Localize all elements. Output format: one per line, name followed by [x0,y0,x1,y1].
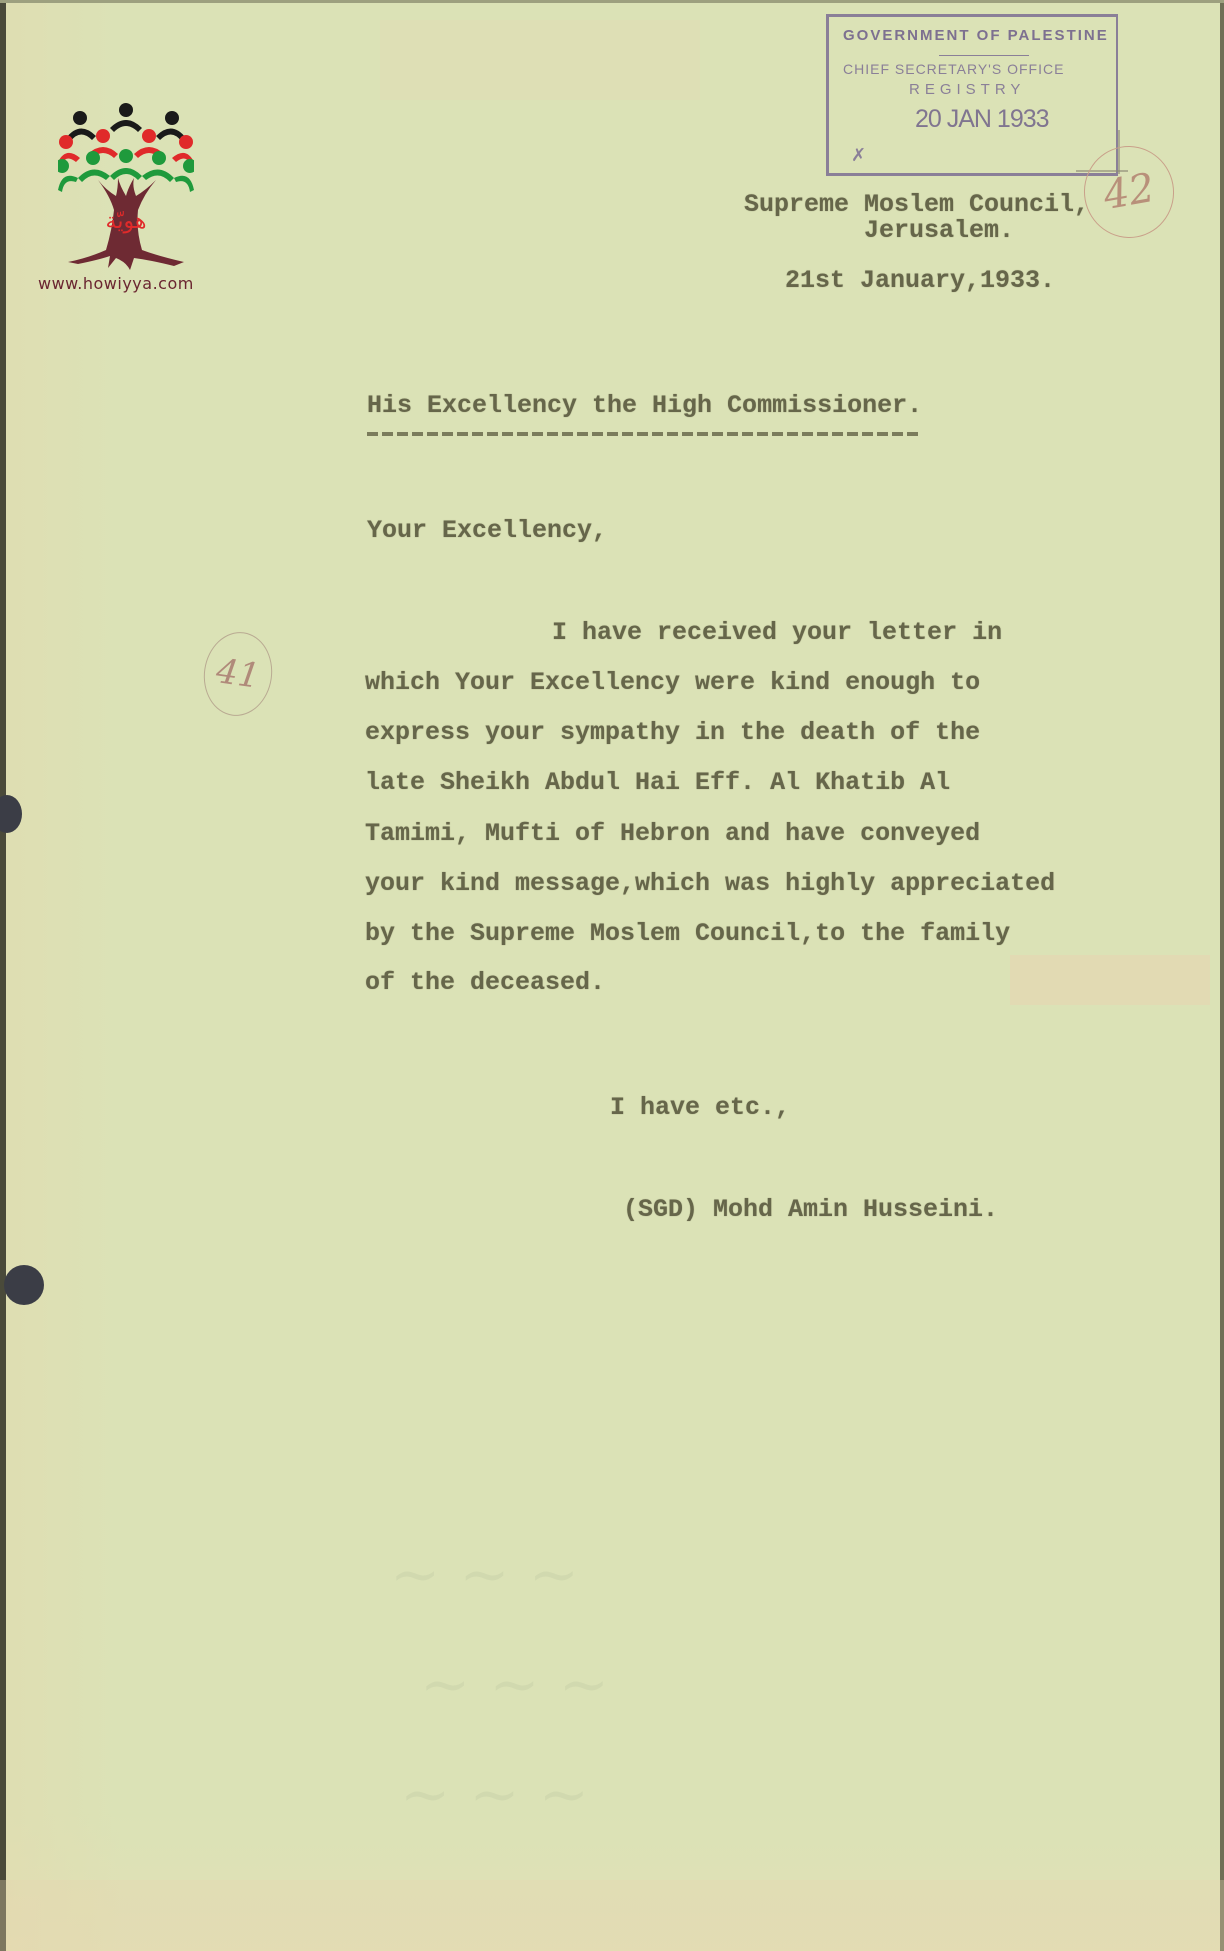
body-line: express your sympathy in the death of th… [365,720,980,745]
body-line: Tamimi, Mufti of Hebron and have conveye… [365,821,980,846]
howiyya-logo: هويّة [58,100,194,272]
body-line: by the Supreme Moslem Council,to the fam… [365,921,1010,946]
bleed-through-marks: ~ ~ ~ [390,1540,579,1610]
stamp-line-office: CHIEF SECRETARY'S OFFICE [843,61,1064,77]
body-line: of the deceased. [365,970,605,995]
folio-number: 41 [214,651,262,697]
watermark-url: www.howiyya.com [38,274,194,293]
body-line: I have received your letter in [552,620,1002,645]
body-line: late Sheikh Abdul Hai Eff. Al Khatib Al [365,770,950,795]
punch-hole-icon [0,795,22,833]
punch-hole-icon [4,1265,44,1305]
paper-stain [380,20,700,100]
sender-organization: Supreme Moslem Council, [744,192,1089,217]
signature: (SGD) Mohd Amin Husseini. [623,1197,998,1222]
svg-text:هويّة: هويّة [106,209,147,234]
page-right-edge [1220,0,1224,1951]
paper-stain [1010,955,1210,1005]
folio-number-circle: 41 [198,628,277,721]
addressee: His Excellency the High Commissioner. [367,393,922,418]
letter-date: 21st January,1933. [785,268,1055,293]
folio-number: 42 [1100,165,1158,219]
salutation: Your Excellency, [367,518,607,543]
tree-people-icon: هويّة [58,100,194,272]
page-left-edge [0,0,6,1951]
sender-city: Jerusalem. [864,218,1014,243]
stamp-rule [939,55,1029,56]
addressee-underline [367,432,922,436]
stamp-initial-mark: ✗ [851,145,866,166]
stamp-line-registry: REGISTRY [909,81,1025,98]
stamp-line-government: GOVERNMENT OF PALESTINE [843,27,1109,44]
stamp-date: 20 JAN 1933 [915,105,1049,134]
document-page: ~ ~ ~ ~ ~ ~ ~ ~ ~ [0,0,1224,1951]
body-line: which Your Excellency were kind enough t… [365,670,980,695]
bleed-through-marks: ~ ~ ~ [420,1650,609,1720]
paper-stain [0,1880,1224,1951]
page-top-edge [0,0,1224,3]
closing: I have etc., [610,1095,790,1120]
registry-stamp: GOVERNMENT OF PALESTINE CHIEF SECRETARY'… [826,14,1118,176]
body-line: your kind message,which was highly appre… [365,871,1055,896]
bleed-through-marks: ~ ~ ~ [400,1760,589,1830]
